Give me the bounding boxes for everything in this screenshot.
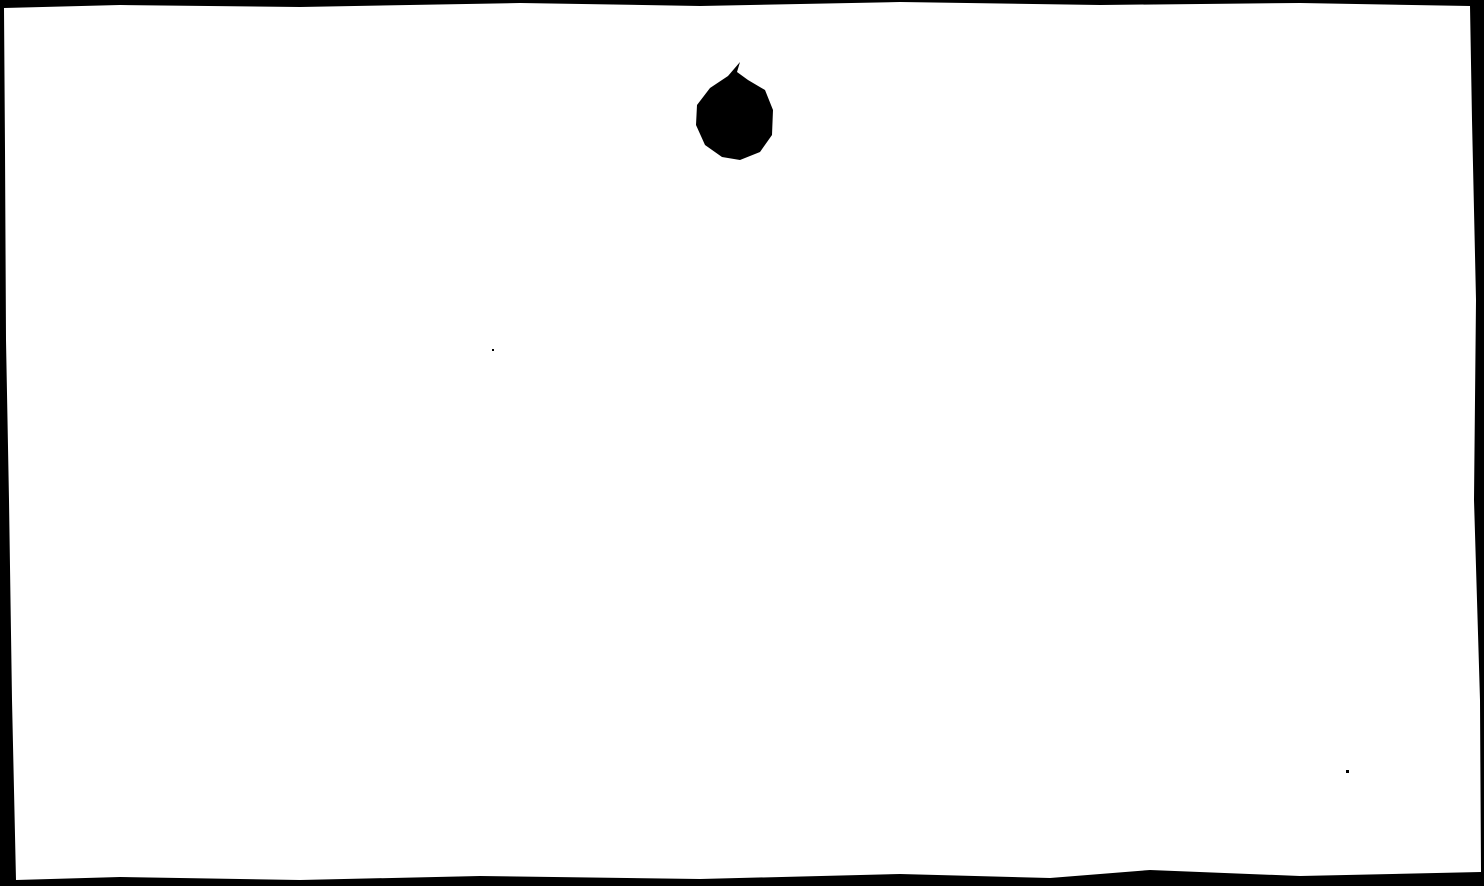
speck	[1346, 770, 1349, 773]
speck	[492, 349, 494, 351]
mask-canvas	[0, 0, 1484, 886]
